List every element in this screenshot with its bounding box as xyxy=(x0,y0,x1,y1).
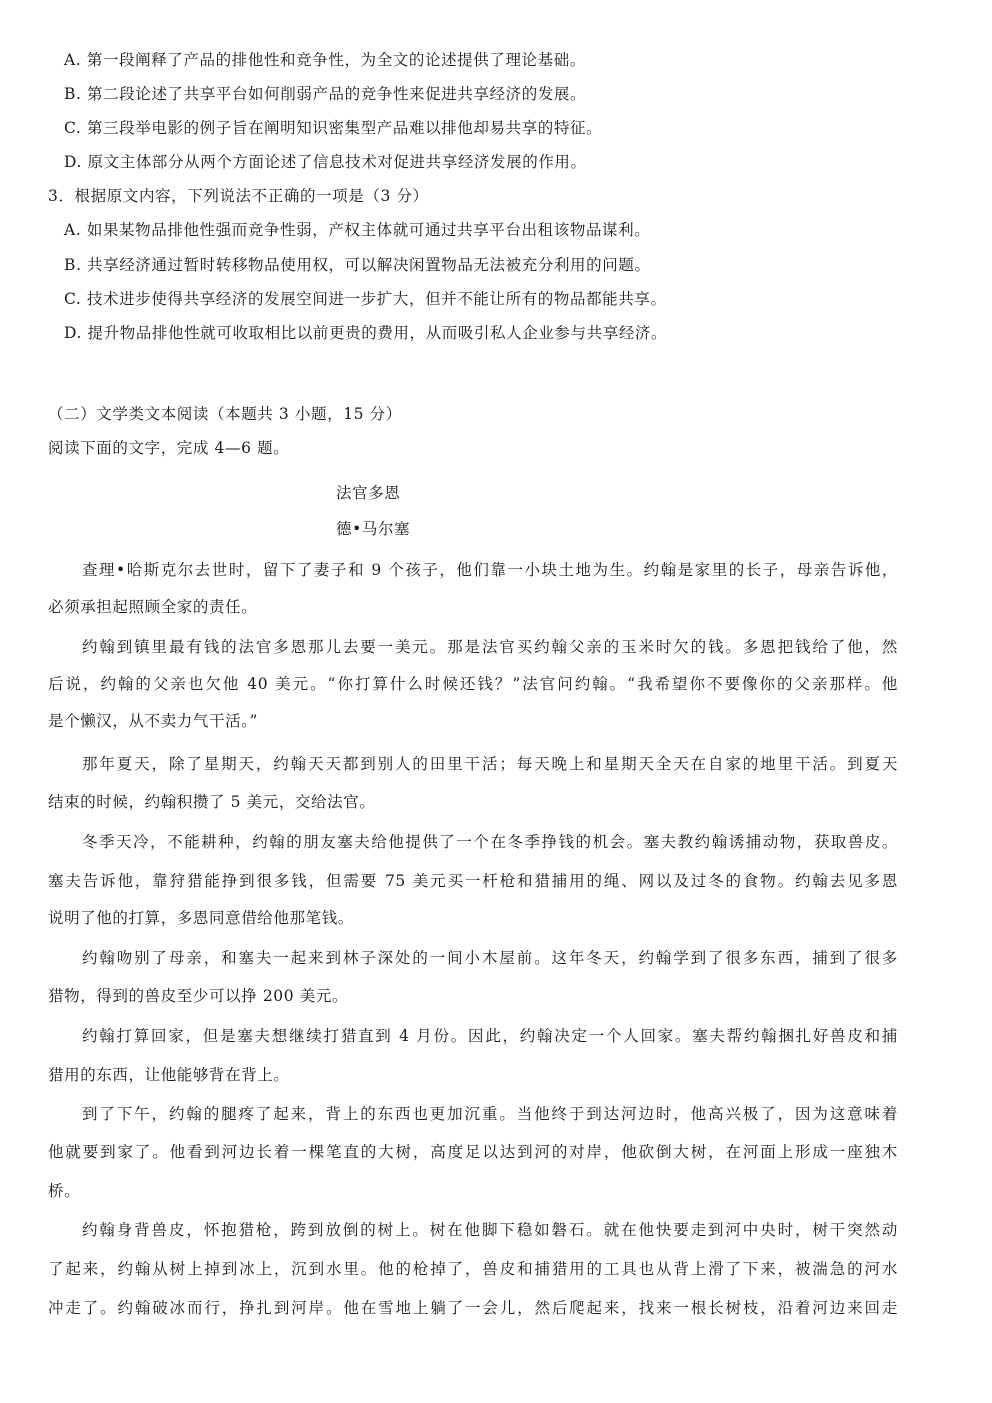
q2-option-d: D. 原文主体部分从两个方面论述了信息技术对促进共享经济发展的作用。 xyxy=(64,150,587,172)
story-line: 后说，约翰的父亲也欠他 40 美元。“你打算什么时候还钱？”法官问约翰。“我希望… xyxy=(48,672,898,694)
story-line: 他就要到家了。他看到河边长着一棵笔直的大树，高度足以达到河的对岸，他砍倒大树，在… xyxy=(48,1140,898,1162)
q3-option-b: B. 共享经济通过暂时转移物品使用权，可以解决闲置物品无法被充分利用的问题。 xyxy=(64,253,651,275)
story-line: 约翰打算回家，但是塞夫想继续打猎直到 4 月份。因此，约翰决定一个人回家。塞夫帮… xyxy=(82,1024,898,1046)
q2-option-b: B. 第二段论述了共享平台如何削弱产品的竞争性来促进共享经济的发展。 xyxy=(64,82,586,104)
story-line: 桥。 xyxy=(48,1179,80,1201)
q2-option-a: A. 第一段阐释了产品的排他性和竞争性，为全文的论述提供了理论基础。 xyxy=(64,48,586,70)
section-instruction: 阅读下面的文字，完成 4—6 题。 xyxy=(48,436,289,458)
story-line: 冲走了。约翰破冰而行，挣扎到河岸。他在雪地上躺了一会儿，然后爬起来，找来一根长树… xyxy=(48,1296,898,1318)
story-line: 结束的时候，约翰积攒了 5 美元，交给法官。 xyxy=(48,790,375,812)
story-line: 查理•哈斯克尔去世时，留下了妻子和 9 个孩子，他们靠一小块土地为生。约翰是家里… xyxy=(82,558,898,580)
story-line: 约翰吻别了母亲，和塞夫一起来到林子深处的一间小木屋前。这年冬天，约翰学到了很多东… xyxy=(82,946,898,968)
story-line: 猎用的东西，让他能够背在背上。 xyxy=(48,1063,290,1085)
story-line: 猎物，得到的兽皮至少可以挣 200 美元。 xyxy=(48,984,348,1006)
story-line: 说明了他的打算，多恩同意借给他那笔钱。 xyxy=(48,906,354,928)
story-line: 塞夫告诉他，靠狩猎能挣到很多钱，但需要 75 美元买一杆枪和猎捕用的绳、网以及过… xyxy=(48,869,898,891)
q2-option-c: C. 第三段举电影的例子旨在阐明知识密集型产品难以排他却易共享的特征。 xyxy=(64,116,602,138)
story-line: 约翰身背兽皮，怀抱猎枪，跨到放倒的树上。树在他脚下稳如磐石。就在他快要走到河中央… xyxy=(82,1218,898,1240)
story-line: 约翰到镇里最有钱的法官多恩那儿去要一美元。那是法官买约翰父亲的玉米时欠的钱。多恩… xyxy=(82,635,898,657)
story-line: 了起来，约翰从树上掉到冰上，沉到水里。他的枪掉了，兽皮和捕猎用的工具也从背上滑了… xyxy=(48,1257,898,1279)
section-heading: （二）文学类文本阅读（本题共 3 小题，15 分） xyxy=(48,402,402,424)
story-line: 那年夏天，除了星期天，约翰天天都到别人的田里干活；每天晚上和星期天全天在自家的地… xyxy=(82,752,898,774)
q3-option-a: A. 如果某物品排他性强而竞争性弱，产权主体就可通过共享平台出租该物品谋利。 xyxy=(64,218,650,240)
story-author: 德•马尔塞 xyxy=(336,517,410,539)
story-line: 到了下午，约翰的腿疼了起来，背上的东西也更加沉重。当他终于到达河边时，他高兴极了… xyxy=(82,1102,898,1124)
q3-option-c: C. 技术进步使得共享经济的发展空间进一步扩大，但并不能让所有的物品都能共享。 xyxy=(64,287,667,309)
story-title: 法官多恩 xyxy=(336,481,400,503)
q3-stem: 3．根据原文内容，下列说法不正确的一项是（3 分） xyxy=(48,184,429,206)
q3-option-d: D. 提升物品排他性就可收取相比以前更贵的费用，从而吸引私人企业参与共享经济。 xyxy=(64,321,667,343)
story-line: 必须承担起照顾全家的责任。 xyxy=(48,595,257,617)
story-line: 是个懒汉，从不卖力气干活。” xyxy=(48,709,258,731)
story-line: 冬季天冷，不能耕种，约翰的朋友塞夫给他提供了一个在冬季挣钱的机会。塞夫教约翰诱捕… xyxy=(82,830,898,852)
